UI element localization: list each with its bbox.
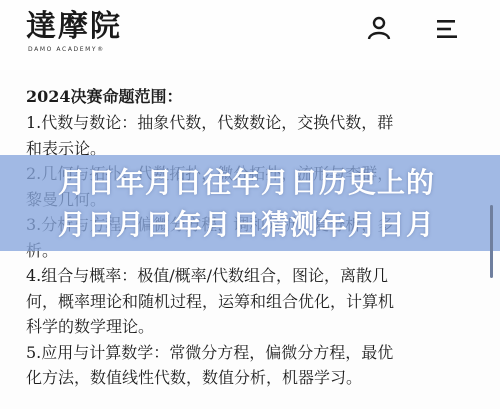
logo-text: 達摩院	[26, 10, 122, 44]
overlay-title-line-2: 月日月日年月日猜测年月日月	[58, 204, 478, 246]
doc-line: 4.组合与概率：极值/概率/代数组合，图论，离散几	[26, 263, 476, 289]
doc-line: 1.代数与数论：抽象代数，代数数论，交换代数，群	[26, 110, 476, 136]
doc-line: 何，概率理论和随机过程，运筹和组合优化，计算机	[26, 289, 476, 315]
overlay-title: 月日年月日往年月日历史上的 月日月日年月日猜测年月日月	[58, 162, 478, 246]
scrollbar[interactable]	[490, 205, 493, 278]
user-icon[interactable]	[366, 16, 392, 40]
doc-line: 化方法，数值线性代数，数值分析，机器学习。	[26, 365, 476, 391]
site-header: 達摩院 DAMO ACADEMY®	[0, 0, 500, 70]
document-title: 2024决赛命题范围：	[26, 86, 476, 108]
overlay-title-line-1: 月日年月日往年月日历史上的	[58, 162, 478, 204]
logo[interactable]: 達摩院 DAMO ACADEMY®	[26, 10, 122, 53]
doc-line: 5.应用与计算数学：常微分方程，偏微分方程，最优	[26, 340, 476, 366]
hamburger-menu-icon[interactable]	[436, 19, 458, 39]
doc-line: 科学的数学理论。	[26, 314, 476, 340]
logo-subtitle: DAMO ACADEMY®	[28, 46, 122, 53]
